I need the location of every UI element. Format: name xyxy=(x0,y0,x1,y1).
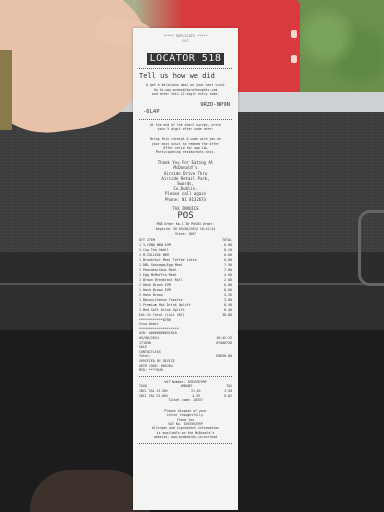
item-list: QTY ITEMTOTAL 1 3-COND BKW EVM0.00 1 Cup… xyxy=(133,238,238,318)
divider xyxy=(139,68,232,69)
receipt-footer: Please dispose of your litter thoughtful… xyxy=(133,409,238,440)
knee xyxy=(30,470,150,512)
entry-code-1: 9RZD-NP9N xyxy=(133,102,238,109)
vat-summary: VAT Number: IE6559299P TAXQAMOUNTTAX INC… xyxy=(133,380,238,403)
survey-footer: At the end of the short survey, write yo… xyxy=(133,123,238,131)
survey-title: Tell us how we did xyxy=(133,72,238,81)
divider xyxy=(139,376,232,377)
divider xyxy=(139,119,232,120)
eat-label: EAT xyxy=(133,39,238,44)
offer-text: Bring this receipt & code with you on yo… xyxy=(133,137,238,154)
locator-number: LOCATOR 518 xyxy=(147,53,225,65)
receipt: ***** DUPLICATE ***** EAT LOCATOR 518 Te… xyxy=(133,28,238,510)
air-vent xyxy=(358,210,384,286)
watch-strap xyxy=(0,50,12,130)
trees xyxy=(300,0,384,92)
entry-code-2: -6L4P xyxy=(133,109,238,116)
survey-text: & get a delicious deal on your next visi… xyxy=(133,83,238,96)
pos-label: POS xyxy=(133,211,238,222)
photo-scene: ***** DUPLICATE ***** EAT LOCATOR 518 Te… xyxy=(0,0,384,512)
payment-details: ************8790 Visa Debit ************… xyxy=(133,318,238,373)
store-info: Thank You For Eating At McDonald's Airsi… xyxy=(133,160,238,202)
divider xyxy=(139,443,232,444)
